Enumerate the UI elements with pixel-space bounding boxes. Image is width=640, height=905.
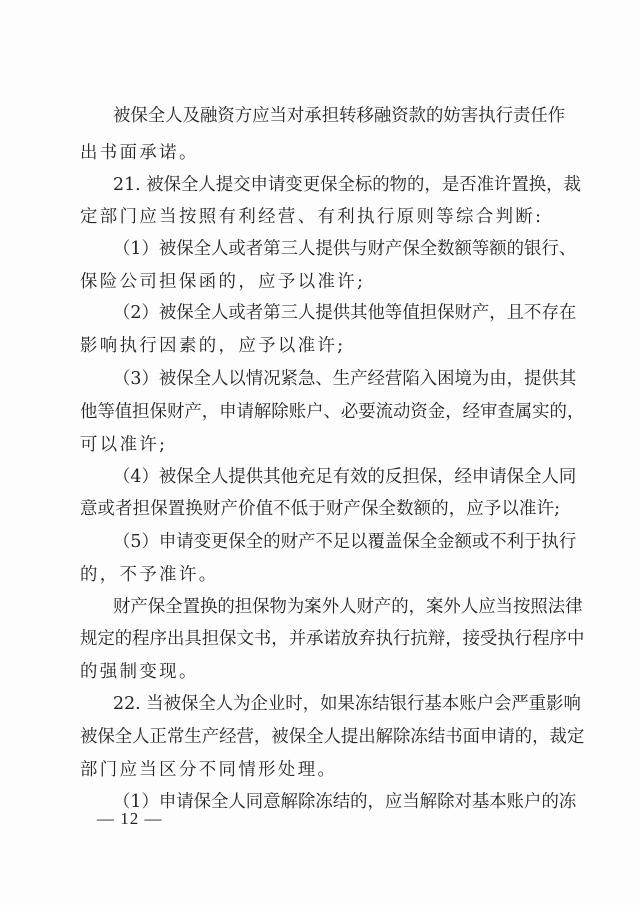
text-line: 可以准许; [80, 433, 560, 457]
text-line: 保险公司担保函的，应予以准许; [80, 270, 560, 294]
text-line: 22. 当被保全人为企业时，如果冻结银行基本账户会严重影响 [113, 692, 560, 716]
text-line: 被保全人正常生产经营，被保全人提出解除冻结书面申请的，裁定 [80, 725, 560, 749]
text-line: 规定的程序出具担保文书，并承诺放弃执行抗辩，接受执行程序中 [80, 627, 560, 651]
text-line: （1）申请保全人同意解除冻结的，应当解除对基本账户的冻 [113, 790, 560, 814]
text-line: 意或者担保置换财产价值不低于财产保全数额的，应予以准许; [80, 497, 560, 521]
text-line: （5）申请变更保全的财产不足以覆盖保全金额或不利于执行 [113, 530, 560, 554]
text-line: 他等值担保财产，申请解除账户、必要流动资金，经审查属实的， [80, 400, 560, 424]
text-line: （2）被保全人或者第三人提供其他等值担保财产，且不存在 [113, 301, 560, 325]
text-line: 的强制变现。 [80, 660, 560, 684]
text-line: 出书面承诺。 [80, 141, 560, 165]
text-line: 定部门应当按照有利经营、有利执行原则等综合判断: [80, 205, 560, 229]
text-line: 部门应当区分不同情形处理。 [80, 758, 560, 782]
text-line: （1）被保全人或者第三人提供与财产保全数额等额的银行、 [113, 237, 560, 261]
text-line: 财产保全置换的担保物为案外人财产的，案外人应当按照法律 [113, 595, 560, 619]
text-line: 影响执行因素的，应予以准许; [80, 334, 560, 358]
text-line: 被保全人及融资方应当对承担转移融资款的妨害执行责任作 [113, 104, 560, 128]
page-number: — 12 — [97, 808, 163, 830]
text-line: （3）被保全人以情况紧急、生产经营陷入困境为由，提供其 [113, 367, 560, 391]
document-page: 被保全人及融资方应当对承担转移融资款的妨害执行责任作出书面承诺。21. 被保全人… [0, 0, 640, 905]
text-line: （4）被保全人提供其他充足有效的反担保，经申请保全人同 [113, 465, 560, 489]
text-line: 的，不予准许。 [80, 563, 560, 587]
text-line: 21. 被保全人提交申请变更保全标的物的，是否准许置换，裁 [113, 173, 560, 197]
